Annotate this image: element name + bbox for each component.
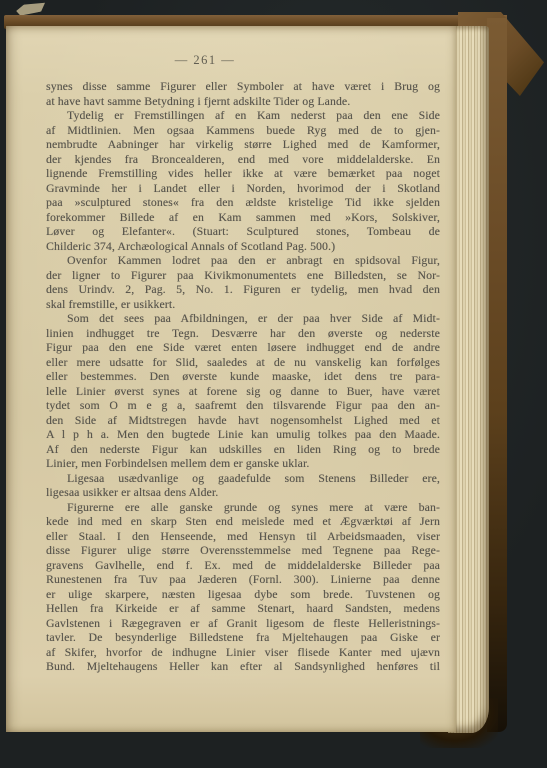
text-line: af Skifer, hvorfor de indhugne Linier vi… [46,646,440,661]
text-line: Løver og Elefanter«. (Stuart: Sculptured… [46,225,440,240]
text-line: er ulige skarpere, næsten ligesaa dybe s… [46,588,440,603]
text-line: at have havt samme Betydning i fjernt ad… [46,95,440,110]
text-line: der ligner to Figurer paa Kivikmonumente… [46,269,440,284]
text-line: der kjendes fra Broncealderen, end med v… [46,153,440,168]
text-line: Childeric 374, Archæological Annals of S… [46,240,440,255]
text-line: dens Urindv. 2, Pag. 5, No. 1. Figuren e… [46,283,440,298]
text-line: Som det sees paa Afbildningen, er der pa… [46,312,440,327]
text-line: Ligesaa usædvanlige og gaadefulde som St… [46,472,440,487]
text-line: tydet som O m e g a, saafremt den tilsva… [46,399,440,414]
text-line: Gavlstenen i Rægegraven er af Granit lig… [46,617,440,632]
text-line: Bund. Mjeltehaugens Heller kan efter al … [46,660,440,675]
text-line: Tydelig er Fremstillingen af en Kam nede… [46,109,440,124]
text-line: synes disse samme Figurer eller Symboler… [46,80,440,95]
text-line: Linier, men Forbindelsen mellem dem er g… [46,457,440,472]
text-block: synes disse samme Figurer eller Symboler… [46,80,440,675]
text-line: Af den nederste Figur kan udskilles en l… [46,443,440,458]
text-line: linien indhugget tre Tegn. Desværre har … [46,327,440,342]
text-line: Figurerne ere alle ganske grunde og syne… [46,501,440,516]
text-line: Hellen fra Kirkeide er af samme Stenart,… [46,602,440,617]
text-line: lignende Fremstilling vides heller ikke … [46,167,440,182]
text-line: paa »sculptured stones« fra den ældste k… [46,196,440,211]
book-cover-right-edge [487,18,507,732]
text-line: eller Staal. I den Henseende, med Hensyn… [46,530,440,545]
text-line: Ovenfor Kammen lodret paa den er anbragt… [46,254,440,269]
text-line: af Midtlinien. Men ogsaa Kammens buede R… [46,124,440,139]
text-line: kede ind med en skarp Sten end meislede … [46,515,440,530]
book-scan-photo: — 261 — synes disse samme Figurer eller … [0,0,547,768]
text-line: tavler. De besynderlige Billedstene fra … [46,631,440,646]
text-line: Gravminde her i Landet eller i Norden, h… [46,182,440,197]
text-line: forekommer Billede af en Kam sammen med … [46,211,440,226]
text-line: A l p h a. Men den bugtede Linie kan umu… [46,428,440,443]
text-line: gravens Gavlhelle, end f. Ex. med de mid… [46,559,440,574]
text-line: den Side af Midtstregen havde havt nogen… [46,414,440,429]
text-line: ligesaa usikker er altsaa dens Alder. [46,486,440,501]
text-line: eller mere udsatte for Slid, saaledes at… [46,356,440,371]
text-line: lelle Linier øverst synes at forene sig … [46,385,440,400]
text-line: eller bestemmes. Den øverste kunde maask… [46,370,440,385]
text-line: skal fremstille, er usikkert. [46,298,440,313]
text-line: disse Figurer ulige større Overensstemme… [46,544,440,559]
text-line: Runestenen fra Tuv paa Jæderen (Fornl. 3… [46,573,440,588]
book-page: — 261 — synes disse samme Figurer eller … [6,26,456,732]
page-number: — 261 — [0,53,430,67]
text-line: nembrudte Aabninger har virkelig større … [46,138,440,153]
text-line: Figur paa den ene Side været enten løser… [46,341,440,356]
